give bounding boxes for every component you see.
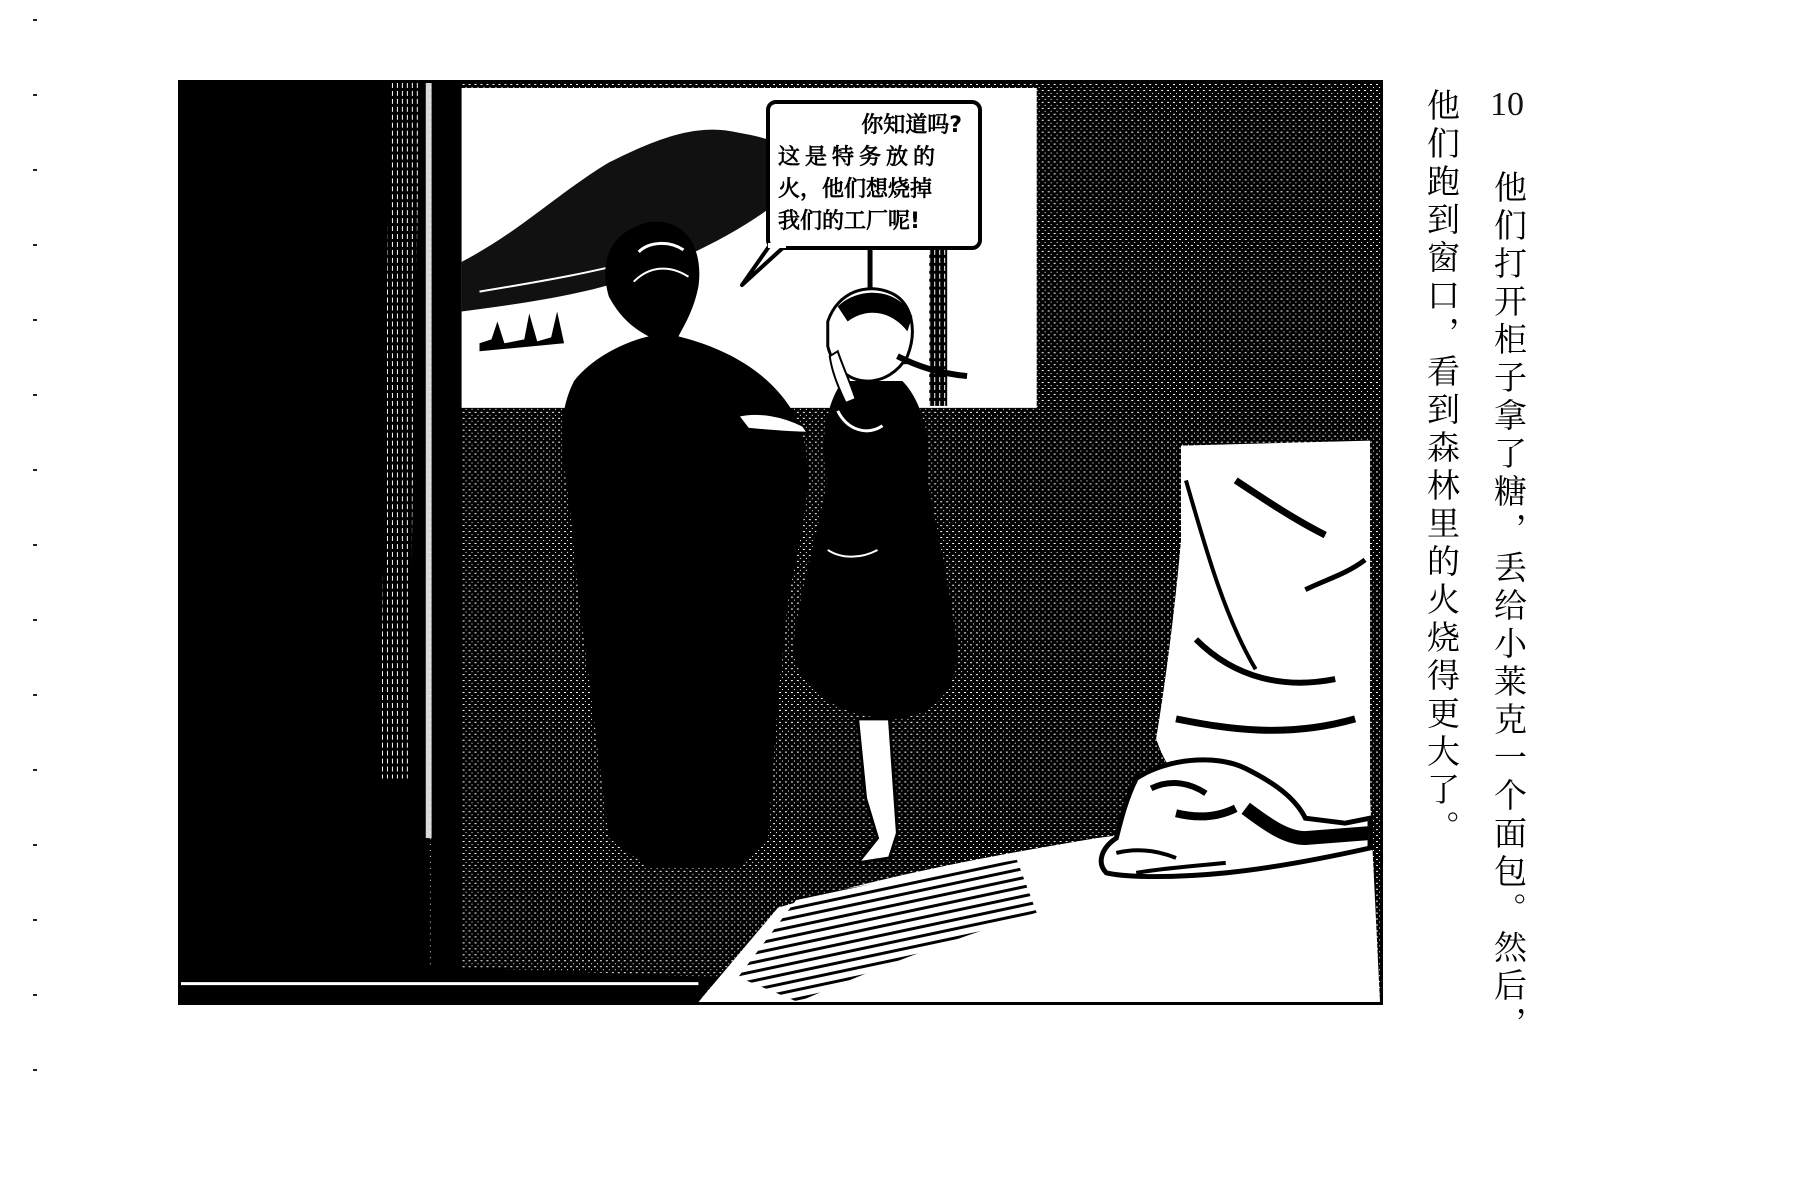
margin-dot	[33, 769, 37, 771]
margin-dot	[33, 169, 37, 171]
margin-dot	[33, 619, 37, 621]
margin-dot	[33, 244, 37, 246]
speech-line: 你知道吗?	[778, 110, 972, 142]
speech-line: 我们的工厂呢!	[778, 206, 972, 238]
margin-dot	[33, 469, 37, 471]
margin-dot	[33, 844, 37, 846]
margin-dot	[33, 319, 37, 321]
margin-dot	[33, 94, 37, 96]
margin-dot	[33, 694, 37, 696]
caption-column-1: 他们打开柜子拿了糖，丢给小莱克一个面包。然后，	[1492, 170, 1532, 1044]
margin-dot	[33, 919, 37, 921]
margin-dot	[33, 394, 37, 396]
binding-margin-dots	[33, 0, 41, 1184]
caption-column-2: 他们跑到窗口，看到森林里的火烧得更大了。	[1425, 88, 1465, 848]
margin-dot	[33, 544, 37, 546]
margin-dot	[33, 1069, 37, 1071]
speech-bubble-tail	[736, 243, 786, 288]
speech-bubble: 你知道吗? 这是特务放的 火，他们想烧掉 我们的工厂呢!	[766, 100, 982, 250]
page-number: 10	[1490, 86, 1524, 124]
margin-dot	[33, 19, 37, 21]
speech-line: 这是特务放的	[778, 142, 972, 174]
illustration-panel: 你知道吗? 这是特务放的 火，他们想烧掉 我们的工厂呢!	[178, 80, 1383, 1005]
margin-dot	[33, 994, 37, 996]
speech-line: 火，他们想烧掉	[778, 174, 972, 206]
